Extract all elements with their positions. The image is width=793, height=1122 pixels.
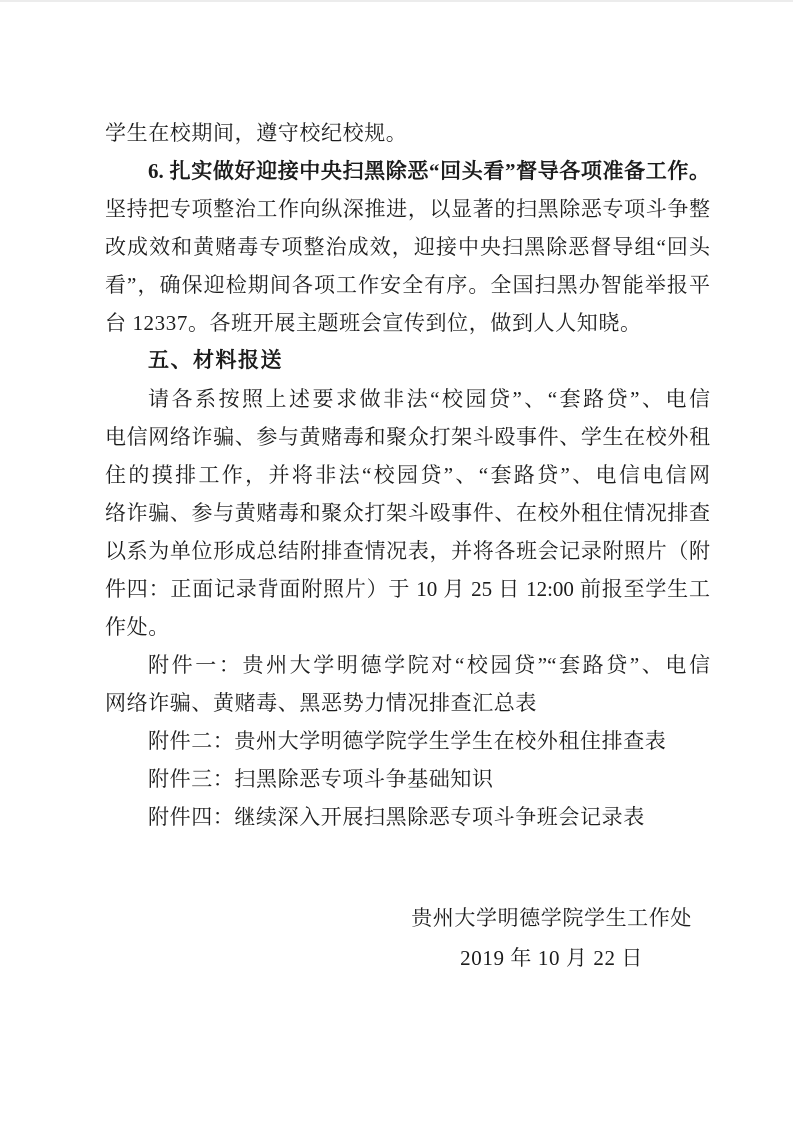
attachment-4-line: 附件四：继续深入开展扫黑除恶专项斗争班会记录表	[105, 798, 710, 836]
body-line: 坚持把专项整治工作向纵深推进，以显著的扫黑除恶专项斗争整	[105, 190, 710, 228]
body-line: 以系为单位形成总结附排查情况表，并将各班会记录附照片（附	[105, 532, 710, 570]
body-line: 电信网络诈骗、参与黄赌毒和聚众打架斗殴事件、学生在校外租	[105, 418, 710, 456]
body-line: 改成效和黄赌毒专项整治成效，迎接中央扫黑除恶督导组“回头	[105, 228, 710, 266]
date-line: 2019 年 10 月 22 日	[411, 938, 692, 978]
body-line: 住的摸排工作，并将非法“校园贷”、“套路贷”、电信电信网	[105, 456, 710, 494]
body-line: 台 12337。各班开展主题班会宣传到位，做到人人知晓。	[105, 304, 710, 342]
attachment-2-line: 附件二：贵州大学明德学院学生学生在校外租住排查表	[105, 722, 710, 760]
section-heading-materials: 五、材料报送	[105, 342, 710, 380]
attachment-1-line: 网络诈骗、黄赌毒、黑恶势力情况排查汇总表	[105, 684, 710, 722]
document-page: 学生在校期间，遵守校纪校规。 6. 扎实做好迎接中央扫黑除恶“回头看”督导各项准…	[0, 0, 793, 1122]
body-line: 作处。	[105, 608, 710, 646]
body-line: 学生在校期间，遵守校纪校规。	[105, 114, 710, 152]
body-line: 络诈骗、参与黄赌毒和聚众打架斗殴事件、在校外租住情况排查	[105, 494, 710, 532]
signature-line: 贵州大学明德学院学生工作处	[411, 898, 692, 938]
signature-block: 贵州大学明德学院学生工作处 2019 年 10 月 22 日	[411, 898, 692, 978]
body-line: 看”，确保迎检期间各项工作安全有序。全国扫黑办智能举报平	[105, 266, 710, 304]
body-line: 件四：正面记录背面附照片）于 10 月 25 日 12:00 前报至学生工	[105, 570, 710, 608]
item6-heading-line: 6. 扎实做好迎接中央扫黑除恶“回头看”督导各项准备工作。	[105, 152, 710, 190]
attachment-3-line: 附件三：扫黑除恶专项斗争基础知识	[105, 760, 710, 798]
attachment-1-line: 附件一：贵州大学明德学院对“校园贷”“套路贷”、电信	[105, 646, 710, 684]
body-line: 请各系按照上述要求做非法“校园贷”、“套路贷”、电信	[105, 380, 710, 418]
